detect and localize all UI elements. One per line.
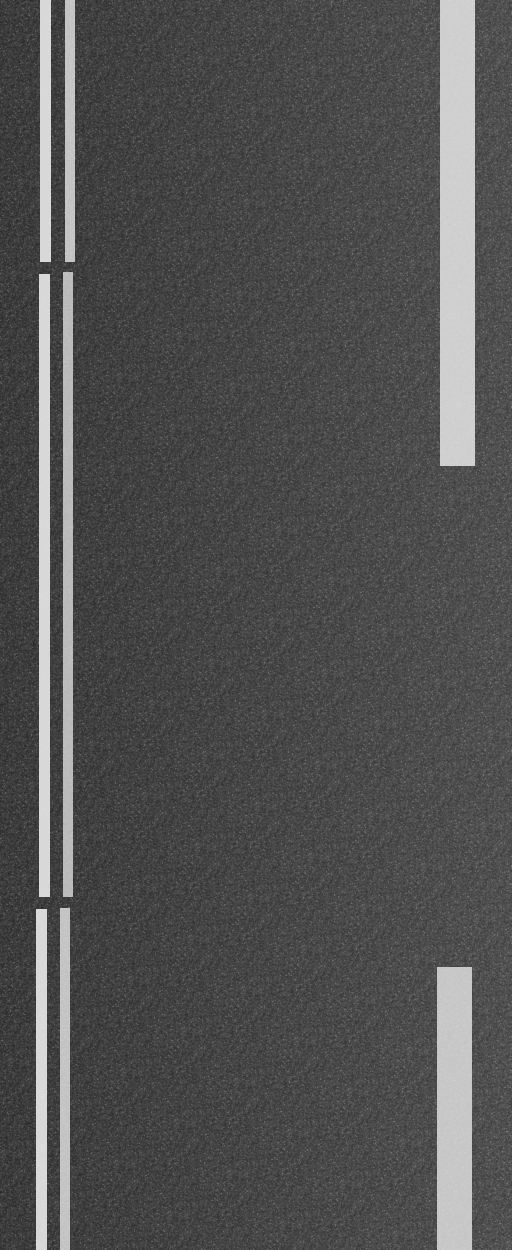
left-edge-line-segment-2 [39, 274, 50, 897]
left-inner-line-segment-1 [65, 0, 75, 262]
left-inner-line-segment-3 [60, 908, 70, 1250]
asphalt-texture [0, 0, 512, 1250]
left-edge-line-segment-1 [40, 0, 51, 262]
right-dash-2 [437, 967, 472, 1250]
right-dash-1 [440, 0, 475, 466]
road-surface [0, 0, 512, 1250]
left-edge-line-segment-3 [36, 909, 47, 1250]
left-inner-line-segment-2 [63, 272, 73, 897]
